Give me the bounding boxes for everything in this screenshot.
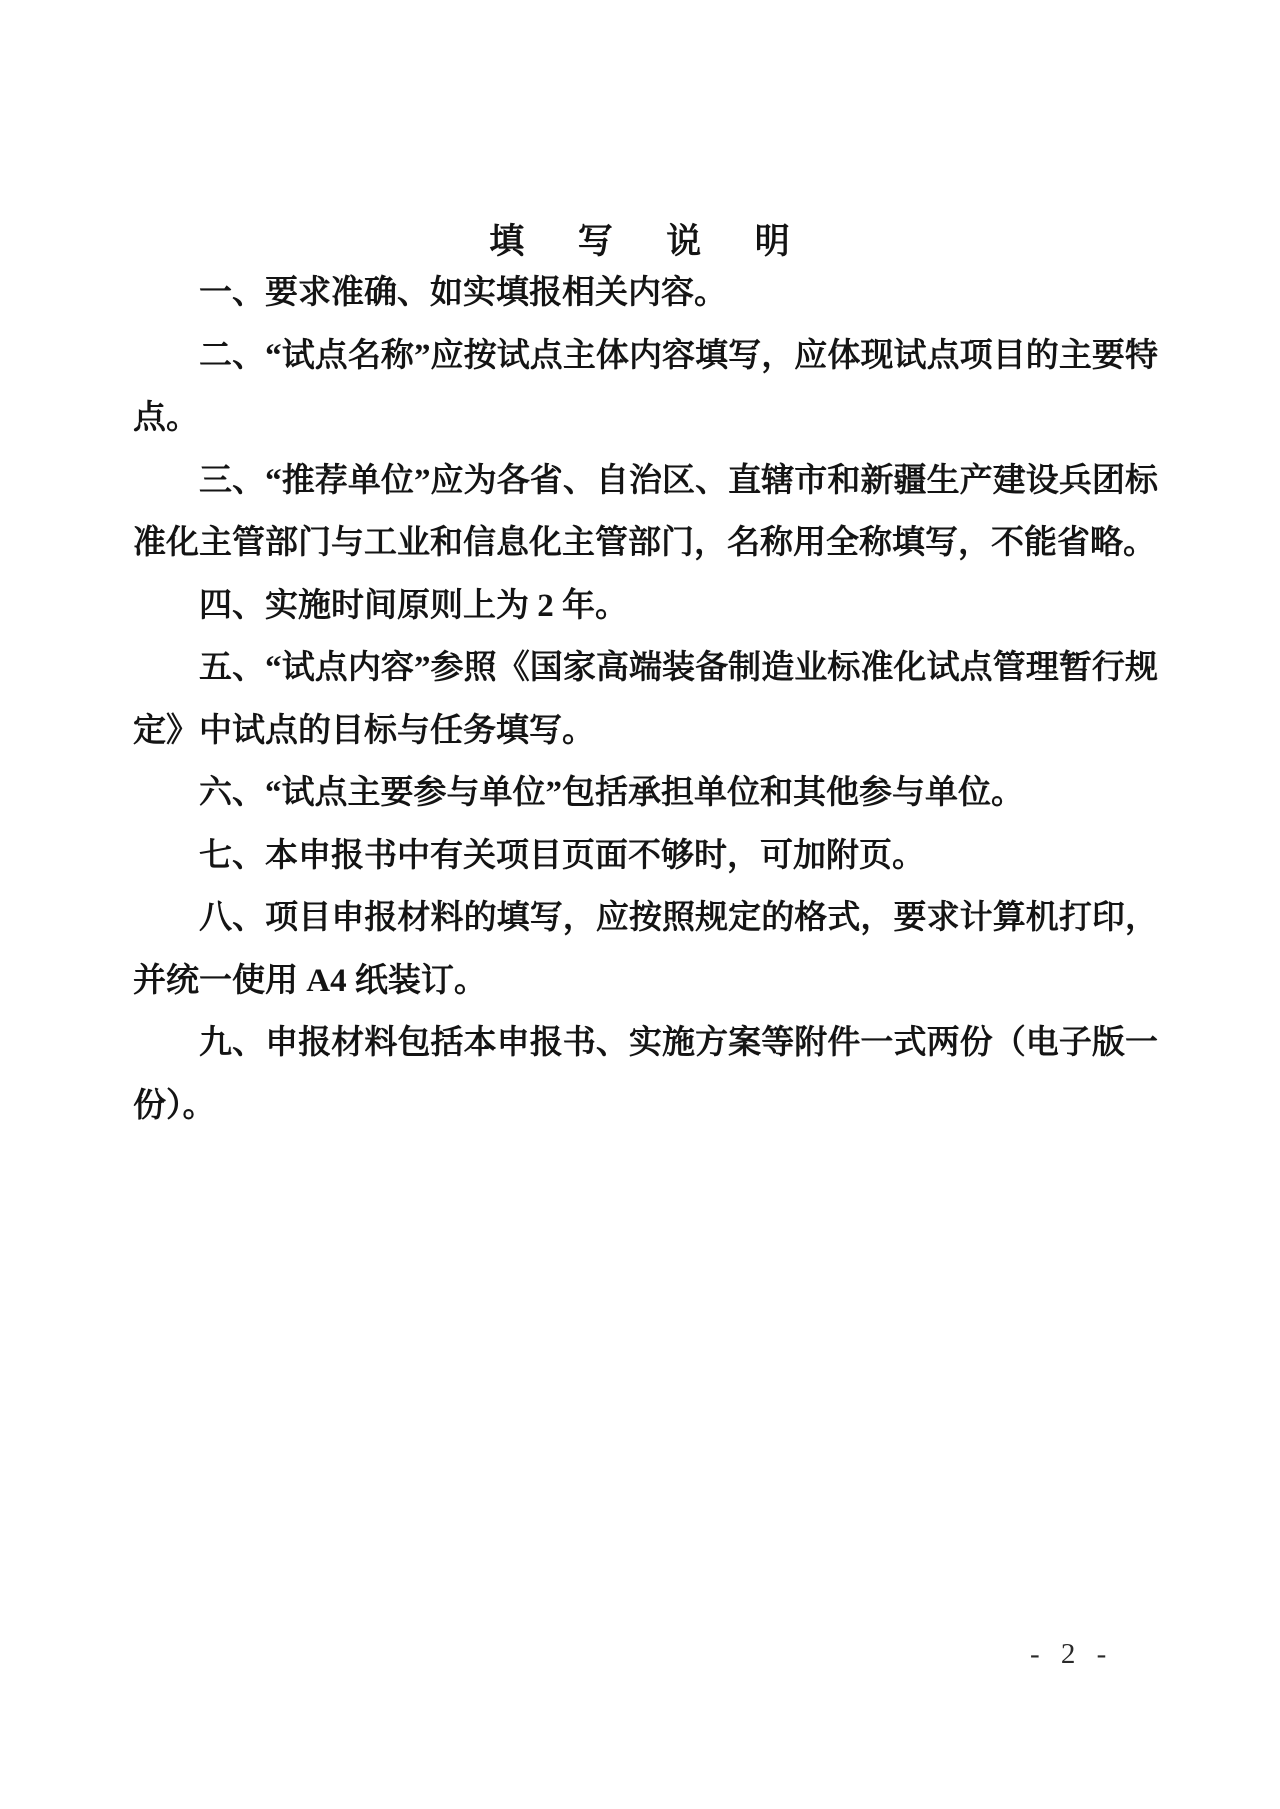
instruction-item-1: 一、要求准确、如实填报相关内容。 (133, 262, 1158, 325)
instruction-item-3: 三、“推荐单位”应为各省、自治区、直辖市和新疆生产建设兵团标准化主管部门与工业和… (133, 450, 1158, 575)
page-number: - 2 - (1030, 1638, 1113, 1671)
document-page: 填 写 说 明 一、要求准确、如实填报相关内容。 二、“试点名称”应按试点主体内… (0, 0, 1280, 1809)
page-title: 填 写 说 明 (133, 214, 1158, 264)
instruction-item-4: 四、实施时间原则上为 2 年。 (133, 575, 1158, 638)
instruction-item-5: 五、“试点内容”参照《国家高端装备制造业标准化试点管理暂行规定》中试点的目标与任… (133, 637, 1158, 762)
instruction-item-9: 九、申报材料包括本申报书、实施方案等附件一式两份（电子版一份）。 (133, 1012, 1158, 1137)
instruction-item-7: 七、本申报书中有关项目页面不够时，可加附页。 (133, 825, 1158, 888)
instruction-item-8: 八、项目申报材料的填写，应按照规定的格式，要求计算机打印，并统一使用 A4 纸装… (133, 887, 1158, 1012)
instruction-item-6: 六、“试点主要参与单位”包括承担单位和其他参与单位。 (133, 762, 1158, 825)
instructions-list: 一、要求准确、如实填报相关内容。 二、“试点名称”应按试点主体内容填写，应体现试… (133, 262, 1158, 1137)
instruction-item-2: 二、“试点名称”应按试点主体内容填写，应体现试点项目的主要特点。 (133, 325, 1158, 450)
